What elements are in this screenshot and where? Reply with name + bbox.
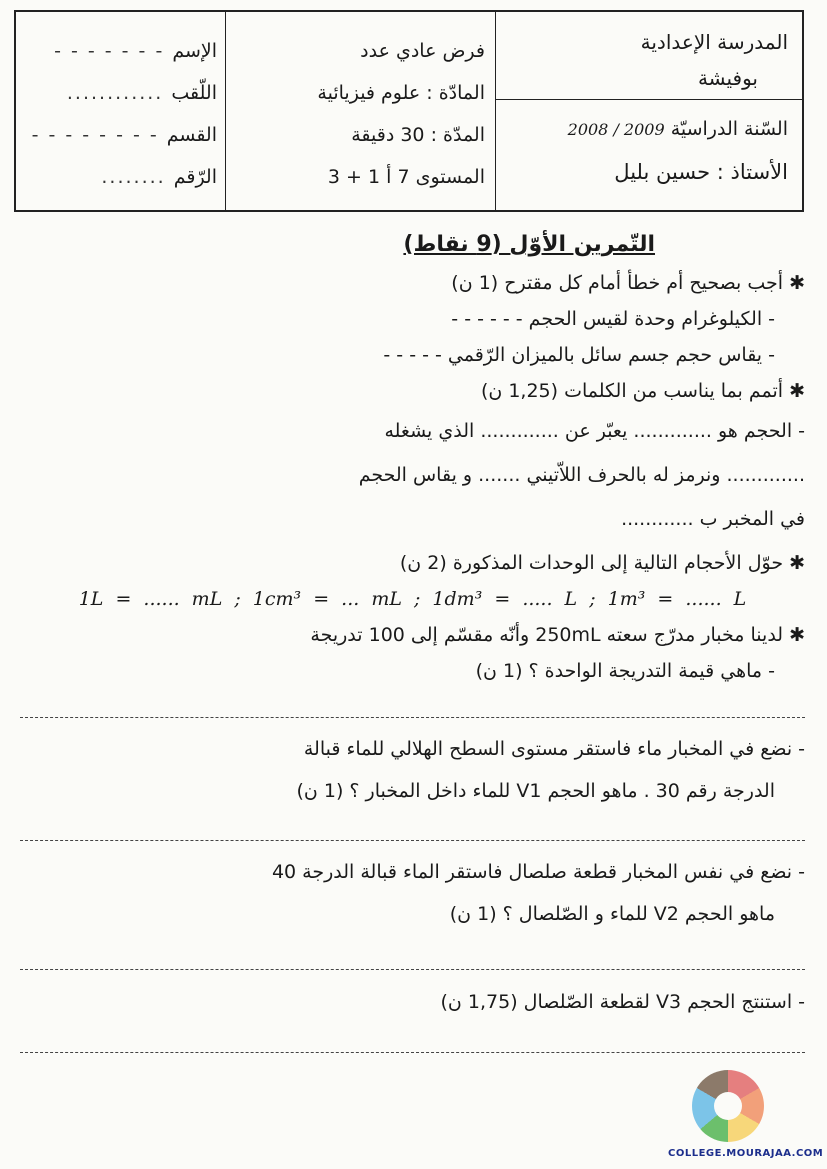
teacher-name: حسين بليل bbox=[614, 160, 710, 184]
unit-conversion-formula: 1L = ...... mL ; 1cm³ = ... mL ; 1dm³ = … bbox=[20, 581, 805, 617]
star-bullet-icon: ✱ bbox=[789, 272, 805, 294]
answer-line bbox=[20, 818, 805, 841]
teacher: الأستاذ : حسين بليل bbox=[496, 151, 788, 193]
surname-blank: ............ bbox=[67, 72, 163, 114]
q2-line: - الحجم هو ............. يعبّر عن ......… bbox=[20, 409, 805, 453]
number-label: الرّقم bbox=[174, 156, 217, 198]
name-label: الإسم bbox=[172, 30, 217, 72]
q4-prompt: ✱لدينا مخبار مدرّج سعته 250mL وأنّه مقسّ… bbox=[20, 617, 805, 653]
star-bullet-icon: ✱ bbox=[789, 552, 805, 574]
teacher-label: الأستاذ : bbox=[717, 160, 788, 184]
number-field: الرّقم........ bbox=[26, 156, 217, 198]
q4-prompt-text: لدينا مخبار مدرّج سعته 250mL وأنّه مقسّم… bbox=[310, 624, 783, 646]
q3-prompt-text: حوّل الأحجام التالية إلى الوحدات المذكور… bbox=[400, 552, 783, 574]
q4-sub2-line1: - نضع في المخبار ماء فاستقر مستوى السطح … bbox=[20, 728, 805, 770]
q4-sub3-line2: ماهو الحجم V2 للماء و الصّلصال ؟ (1 ن) bbox=[20, 893, 805, 935]
name-blank: - - - - - - - bbox=[54, 30, 164, 72]
school-meta-cell: السّنة الدراسيّة 2009 / 2008 الأستاذ : ح… bbox=[496, 100, 802, 193]
class-label: القسم bbox=[167, 114, 217, 156]
q4-sub1: - ماهي قيمة التدريجة الواحدة ؟ (1 ن) bbox=[20, 653, 805, 689]
exercise-body: التّمرين الأوّل (9 نقاط) ✱أجب بصحيح أم خ… bbox=[20, 225, 805, 1063]
q2-prompt-text: أتمم بما يناسب من الكلمات (1,25 ن) bbox=[481, 380, 783, 402]
surname-field: اللّقب............ bbox=[26, 72, 217, 114]
q3-prompt: ✱حوّل الأحجام التالية إلى الوحدات المذكو… bbox=[20, 545, 805, 581]
duration-line: المدّة : 30 دقيقة bbox=[236, 114, 485, 156]
surname-label: اللّقب bbox=[171, 72, 217, 114]
q1-prompt: ✱أجب بصحيح أم خطأ أمام كل مقترح (1 ن) bbox=[20, 265, 805, 301]
class-field: القسم- - - - - - - - bbox=[26, 114, 217, 156]
exam-title: فرض عادي عدد bbox=[236, 30, 485, 72]
exercise-title: التّمرين الأوّل (9 نقاط) bbox=[20, 225, 655, 265]
q4-sub3-line1: - نضع في نفس المخبار قطعة صلصال فاستقر ا… bbox=[20, 851, 805, 893]
star-bullet-icon: ✱ bbox=[789, 380, 805, 402]
school-name: المدرسة الإعدادية bbox=[496, 24, 788, 60]
exam-header: الإسم- - - - - - - اللّقب............ ال… bbox=[14, 10, 804, 212]
name-field: الإسم- - - - - - - bbox=[26, 30, 217, 72]
q1-prompt-text: أجب بصحيح أم خطأ أمام كل مقترح (1 ن) bbox=[451, 272, 783, 294]
level-line: المستوى 7 أ 1 + 3 bbox=[236, 156, 485, 198]
number-blank: ........ bbox=[101, 156, 165, 198]
school-year: السّنة الدراسيّة 2009 / 2008 bbox=[496, 108, 788, 151]
answer-line bbox=[20, 1030, 805, 1053]
q4-sub2-line2: الدرجة رقم 30 . ماهو الحجم V1 للماء داخل… bbox=[20, 770, 805, 812]
star-bullet-icon: ✱ bbox=[789, 624, 805, 646]
q1-item: - يقاس حجم جسم سائل بالميزان الرّقمي - -… bbox=[20, 337, 805, 373]
school-info-box: المدرسة الإعدادية بوفيشة السّنة الدراسيّ… bbox=[496, 12, 802, 210]
class-blank: - - - - - - - - bbox=[32, 114, 159, 156]
answer-line bbox=[20, 695, 805, 718]
q2-line: ............. ونرمز له بالحرف اللاّتيني … bbox=[20, 453, 805, 497]
q2-prompt: ✱أتمم بما يناسب من الكلمات (1,25 ن) bbox=[20, 373, 805, 409]
school-location: بوفيشة bbox=[496, 60, 788, 96]
q1-item: - الكيلوغرام وحدة لقيس الحجم - - - - - - bbox=[20, 301, 805, 337]
student-info-box: الإسم- - - - - - - اللّقب............ ال… bbox=[16, 12, 226, 210]
answer-line bbox=[20, 947, 805, 970]
school-year-value: 2009 / 2008 bbox=[568, 120, 665, 139]
subject-info-box: فرض عادي عدد المادّة : علوم فيزيائية الم… bbox=[226, 12, 496, 210]
school-name-cell: المدرسة الإعدادية بوفيشة bbox=[496, 12, 802, 100]
logo-ring-icon bbox=[692, 1070, 764, 1142]
school-year-label: السّنة الدراسيّة bbox=[671, 118, 788, 140]
q4-sub4: - استنتج الحجم V3 لقطعة الصّلصال (1,75 ن… bbox=[20, 980, 805, 1024]
site-watermark: COLLEGE.MOURAJAA.COM bbox=[668, 1148, 823, 1159]
subject-line: المادّة : علوم فيزيائية bbox=[236, 72, 485, 114]
q2-line: في المخبر ب ............ bbox=[20, 497, 805, 541]
site-logo: COLLEGE.MOURAJAA.COM bbox=[672, 1070, 792, 1150]
